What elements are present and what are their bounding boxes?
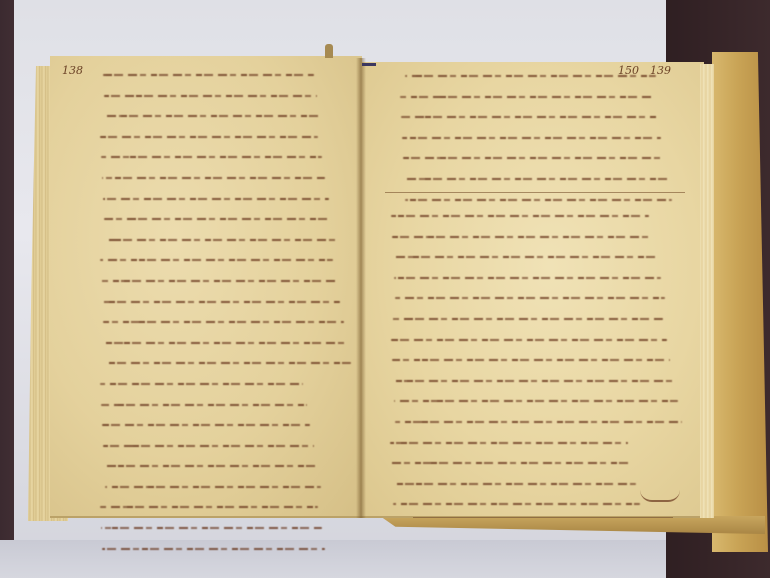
manuscript-photo: 138 150 139 [illegible Greek cursive han… <box>0 0 770 578</box>
handwritten-line <box>100 506 348 508</box>
handwritten-line <box>100 136 348 138</box>
left-page-handwriting <box>100 74 348 568</box>
handwritten-line <box>400 75 670 77</box>
left-page-number: 138 <box>62 64 83 77</box>
handwritten-line <box>390 277 680 279</box>
handwritten-line <box>400 199 670 201</box>
closing-flourish <box>640 490 680 502</box>
handwritten-line <box>400 157 670 159</box>
handwritten-line <box>400 137 670 139</box>
book-gutter <box>356 58 366 518</box>
handwritten-line <box>100 156 348 158</box>
handwritten-line <box>390 400 680 402</box>
handwritten-line <box>400 96 670 98</box>
handwritten-line <box>400 178 670 180</box>
handwritten-line <box>390 236 680 238</box>
handwritten-line <box>100 198 348 200</box>
handwritten-line <box>100 424 348 426</box>
handwritten-line <box>390 503 680 505</box>
ribbon-marker <box>362 63 376 66</box>
handwritten-line <box>100 362 348 364</box>
handwritten-line <box>100 259 348 261</box>
handwritten-line <box>390 462 680 464</box>
handwritten-line <box>100 465 348 467</box>
handwritten-line <box>100 239 348 241</box>
handwritten-line <box>100 445 348 447</box>
handwritten-line <box>100 486 348 488</box>
handwritten-line <box>100 218 348 220</box>
handwritten-line <box>100 177 348 179</box>
right-page-handwriting-top <box>400 75 670 219</box>
handwritten-line <box>100 527 348 529</box>
handwritten-line <box>390 215 680 217</box>
handwritten-line <box>390 483 680 485</box>
handwritten-line <box>100 548 348 550</box>
handwritten-line <box>390 442 680 444</box>
handwritten-line <box>390 359 680 361</box>
handwritten-line <box>400 116 670 118</box>
right-page-handwriting-bottom <box>390 215 680 524</box>
handwritten-line <box>390 421 680 423</box>
handwritten-line <box>100 342 348 344</box>
handwritten-line <box>390 297 680 299</box>
handwritten-line <box>100 404 348 406</box>
handwritten-line <box>390 256 680 258</box>
bottom-rule-line <box>413 517 673 518</box>
section-divider-line <box>385 192 685 193</box>
handwritten-line <box>390 339 680 341</box>
bookmark-tab <box>325 44 333 58</box>
handwritten-line <box>390 318 680 320</box>
right-page-edges <box>700 64 714 518</box>
handwritten-line <box>100 115 348 117</box>
handwritten-line <box>100 301 348 303</box>
handwritten-line <box>100 74 348 76</box>
handwritten-line <box>390 380 680 382</box>
handwritten-line <box>100 321 348 323</box>
handwritten-line <box>100 95 348 97</box>
handwritten-line <box>100 280 348 282</box>
handwritten-line <box>100 383 348 385</box>
